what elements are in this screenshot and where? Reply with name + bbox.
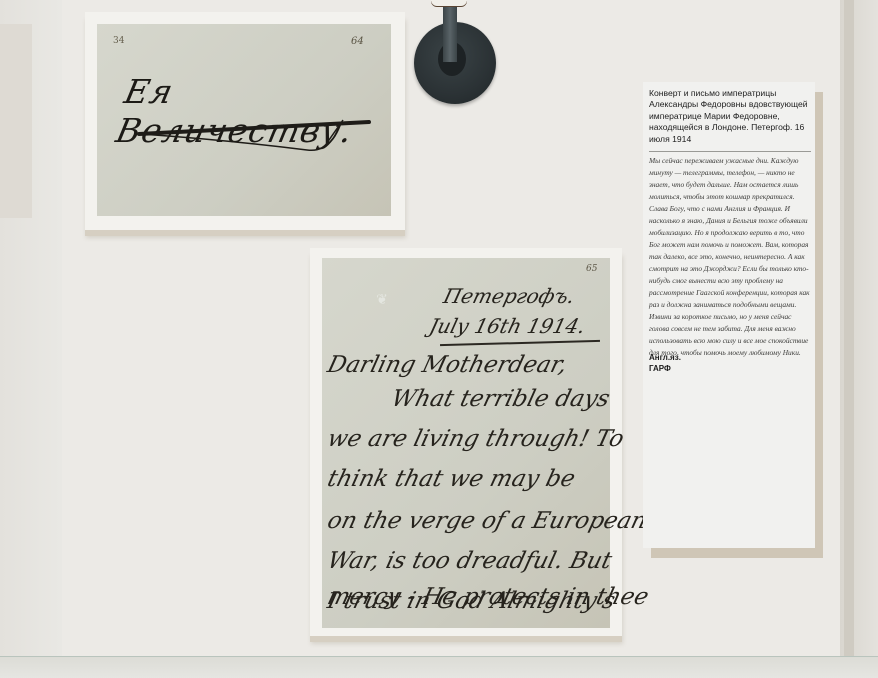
letter-line: think that we may be	[325, 466, 578, 492]
date-underline	[440, 340, 600, 346]
letter-place: Петергофъ.	[441, 284, 577, 308]
archive-number: 34	[113, 36, 124, 46]
envelope-mount: 34 64 Ея Величеству.	[85, 12, 405, 230]
caption-language: Англ.яз.	[649, 353, 681, 362]
letter-date: July 16th 1914.	[427, 314, 588, 338]
exhibit-caption-label: Конверт и письмо императрицы Александры …	[643, 82, 815, 548]
letter-line: we are living through! To	[325, 426, 627, 452]
letter-line: on the verge of a European	[325, 508, 650, 534]
letter-line: War, is too dreadful. But	[325, 548, 615, 574]
caption-source: ГАРФ	[649, 364, 671, 373]
glass-frame-post	[844, 0, 854, 678]
caption-translation: Мы сейчас переживаем ужасные дни. Каждую…	[649, 155, 811, 359]
embossed-monogram-icon: ❦	[374, 292, 390, 322]
pin-cap	[431, 0, 467, 6]
letter-line: mercy - He protects in thee	[325, 584, 652, 610]
reflection	[0, 24, 32, 218]
handwritten-letter: 65 ❦ Петергофъ. July 16th 1914. Darling …	[322, 258, 610, 628]
pin-stem	[443, 0, 457, 62]
letter-line: Darling Motherdear,	[325, 352, 570, 378]
caption-divider	[649, 151, 811, 152]
vitrine-left-wall	[0, 0, 62, 678]
sheet-number: 64	[351, 36, 364, 47]
vitrine-glass-shelf	[0, 656, 878, 678]
vitrine-right-wall	[840, 0, 878, 678]
letter-line: What terrible days	[389, 386, 613, 412]
letter-mount: 65 ❦ Петергофъ. July 16th 1914. Darling …	[310, 248, 622, 636]
envelope: 34 64 Ея Величеству.	[97, 24, 391, 216]
caption-title: Конверт и письмо императрицы Александры …	[649, 88, 811, 145]
sheet-number: 65	[586, 264, 597, 274]
flourish-underline-icon	[137, 112, 377, 162]
